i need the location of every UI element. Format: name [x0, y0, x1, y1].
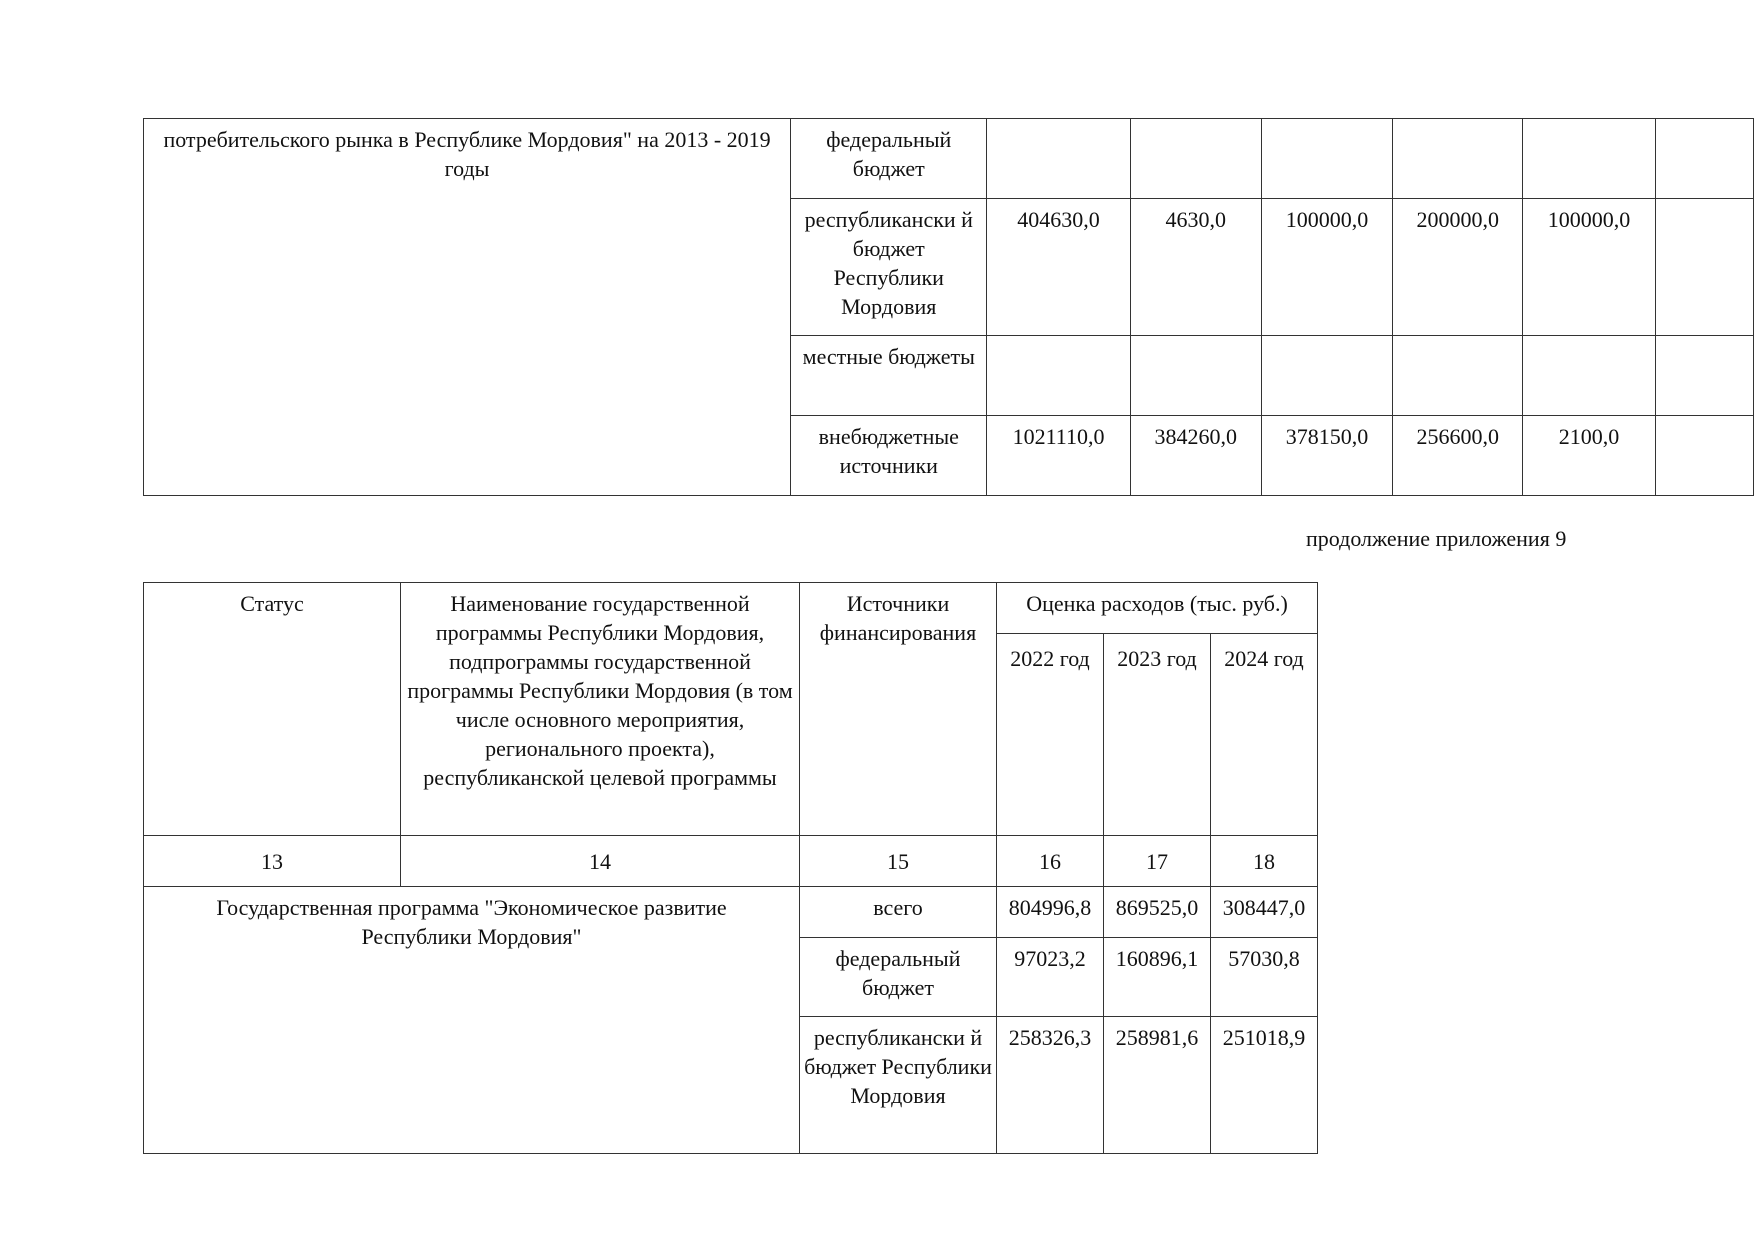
value-cell: 258326,3: [997, 1017, 1104, 1154]
value-cell: [1523, 119, 1655, 199]
name-header: Наименование государственной программы Р…: [401, 583, 800, 836]
value-cell: [1523, 336, 1655, 416]
column-number: 13: [144, 836, 401, 887]
value-cell: 404630,0: [987, 199, 1130, 336]
year-header: 2022 год: [997, 634, 1104, 836]
value-cell: [1655, 416, 1753, 496]
header-row: Статус Наименование государственной прог…: [144, 583, 1318, 634]
source-cell: всего: [800, 887, 997, 938]
value-cell: 1021110,0: [987, 416, 1130, 496]
value-cell: [1130, 336, 1261, 416]
status-header: Статус: [144, 583, 401, 836]
value-cell: 57030,8: [1211, 938, 1318, 1017]
column-number: 16: [997, 836, 1104, 887]
value-cell: [1655, 336, 1753, 416]
source-cell: федеральный бюджет: [791, 119, 987, 199]
value-cell: [1261, 336, 1392, 416]
value-cell: [987, 336, 1130, 416]
table-row: Государственная программа "Экономическое…: [144, 887, 1318, 938]
year-header: 2024 год: [1211, 634, 1318, 836]
top-funding-table: потребительского рынка в Республике Морд…: [143, 118, 1754, 496]
value-cell: 97023,2: [997, 938, 1104, 1017]
value-cell: 384260,0: [1130, 416, 1261, 496]
value-cell: 869525,0: [1104, 887, 1211, 938]
column-number: 15: [800, 836, 997, 887]
value-cell: 2100,0: [1523, 416, 1655, 496]
value-cell: 258981,6: [1104, 1017, 1211, 1154]
value-cell: 804996,8: [997, 887, 1104, 938]
sources-header: Источники финансирования: [800, 583, 997, 836]
program-title-cell: Государственная программа "Экономическое…: [144, 887, 800, 1154]
value-cell: 100000,0: [1523, 199, 1655, 336]
source-cell: внебюджетные источники: [791, 416, 987, 496]
bottom-funding-table: Статус Наименование государственной прог…: [143, 582, 1318, 1154]
source-cell: республикански й бюджет Республики Мордо…: [791, 199, 987, 336]
value-cell: 160896,1: [1104, 938, 1211, 1017]
value-cell: [1655, 119, 1753, 199]
value-cell: [1393, 336, 1523, 416]
column-number: 17: [1104, 836, 1211, 887]
value-cell: 4630,0: [1130, 199, 1261, 336]
table-row: потребительского рынка в Республике Морд…: [144, 119, 1754, 199]
program-title-cell: потребительского рынка в Республике Морд…: [144, 119, 791, 496]
value-cell: 200000,0: [1393, 199, 1523, 336]
column-number: 18: [1211, 836, 1318, 887]
column-number: 14: [401, 836, 800, 887]
value-cell: [1393, 119, 1523, 199]
column-number-row: 13 14 15 16 17 18: [144, 836, 1318, 887]
estimate-header: Оценка расходов (тыс. руб.): [997, 583, 1318, 634]
source-cell: федеральный бюджет: [800, 938, 997, 1017]
value-cell: [1261, 119, 1392, 199]
value-cell: 251018,9: [1211, 1017, 1318, 1154]
value-cell: 308447,0: [1211, 887, 1318, 938]
value-cell: 100000,0: [1261, 199, 1392, 336]
value-cell: [1130, 119, 1261, 199]
value-cell: [1655, 199, 1753, 336]
year-header: 2023 год: [1104, 634, 1211, 836]
value-cell: 378150,0: [1261, 416, 1392, 496]
value-cell: [987, 119, 1130, 199]
source-cell: республикански й бюджет Республики Мордо…: [800, 1017, 997, 1154]
value-cell: 256600,0: [1393, 416, 1523, 496]
continuation-note: продолжение приложения 9: [1306, 524, 1566, 554]
source-cell: местные бюджеты: [791, 336, 987, 416]
